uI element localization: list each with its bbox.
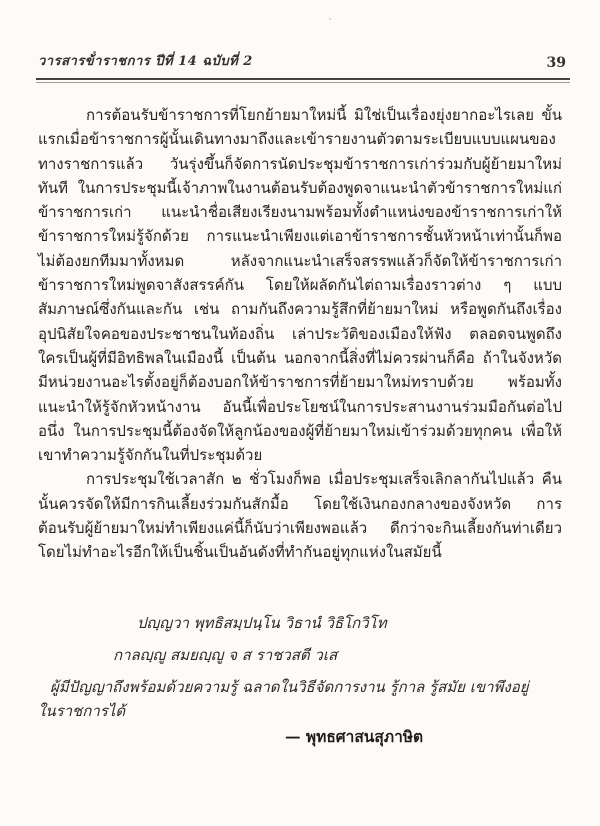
scan-speck xyxy=(497,306,499,308)
scan-speck xyxy=(93,51,96,54)
journal-title: วารสารข้าราชการ ปีที่ 14 ฉบับที่ 2 xyxy=(38,50,253,71)
body-paragraph-1: การต้อนรับข้าราชการที่โยกย้ายมาใหม่นี้ ม… xyxy=(38,103,562,467)
page-number: 39 xyxy=(547,55,566,71)
scan-speck xyxy=(329,18,331,20)
verse-translation-line-1: ผู้มีปัญญาถึงพร้อมด้วยความรู้ ฉลาดในวิธี… xyxy=(50,675,568,699)
pali-verse-line-1: ปญฺญวา พุทธิสมฺปนฺโน วิธานํ วิธิโกวิโท xyxy=(137,611,568,635)
body-paragraph-2: การประชุมใช้เวลาสัก ๒ ชั่วโมงก็พอ เมื่อป… xyxy=(38,467,562,564)
header-divider-rule xyxy=(36,78,570,83)
verse-translation-line-2: ในราชการได้ xyxy=(38,699,568,723)
scanned-journal-page: วารสารข้าราชการ ปีที่ 14 ฉบับที่ 2 39 กา… xyxy=(0,0,600,826)
page-header: วารสารข้าราชการ ปีที่ 14 ฉบับที่ 2 39 xyxy=(38,50,566,71)
buddhist-proverb-block: ปญฺญวา พุทธิสมฺปนฺโน วิธานํ วิธิโกวิโท ก… xyxy=(38,611,568,749)
article-body: การต้อนรับข้าราชการที่โยกย้ายมาใหม่นี้ ม… xyxy=(38,103,562,565)
proverb-attribution: — พุทธศาสนสุภาษิต xyxy=(285,725,568,749)
pali-verse-line-2: กาลญฺญู สมยญฺญู จ ส ราชวสตี วเส xyxy=(113,643,568,667)
